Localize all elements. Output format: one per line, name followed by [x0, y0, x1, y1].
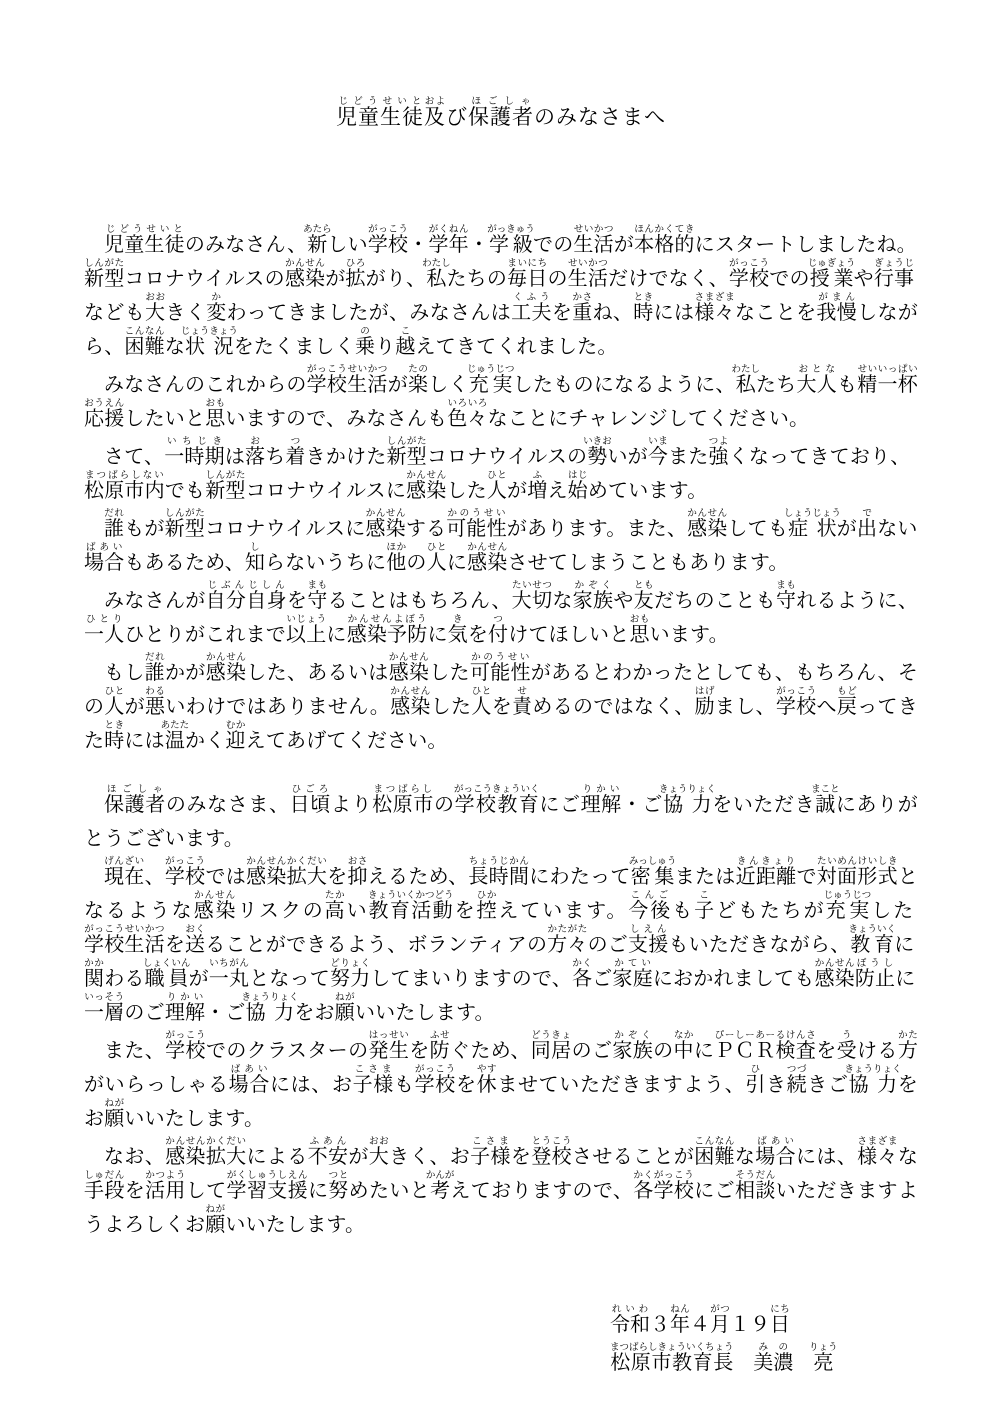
date-line: 令和れいわ３年ねん４月がつ１９日にち	[610, 1304, 1002, 1342]
signer-line: 松原市教育長まつばらしきょういくちょう 美み濃の 亮りょう	[610, 1342, 1002, 1380]
body-paragraph: みなさんが自分自身じぶんじしんを守まもることはもちろん、大切たいせつな家族かぞく…	[84, 580, 918, 652]
document-body: 児童生徒じどうせいとのみなさん、新あたらしい学校がっこう・学年がくねん・学級がっ…	[0, 224, 1002, 1242]
body-paragraph: 現在げんざい、学校がっこうでは感染拡大かんせんかくだいを抑おさえるため、長時間ち…	[84, 856, 918, 1030]
body-paragraph: もし誰だれかが感染かんせんした、あるいは感染かんせんした可能性かのうせいがあると…	[84, 652, 918, 758]
body-paragraph: 保護者ほごしゃのみなさま、日頃ひごろより松原市まつばらしの学校教育がっこうきょう…	[84, 784, 918, 856]
body-paragraph: さて、一時期いちじきは落おち着つきかけた新型しんがたコロナウイルスの勢いきおいが…	[84, 436, 918, 508]
document-title: 児童生徒じどうせいと及および保護者ほごしゃのみなさまへ	[0, 0, 1002, 136]
body-paragraph: 児童生徒じどうせいとのみなさん、新あたらしい学校がっこう・学年がくねん・学級がっ…	[84, 224, 918, 364]
body-paragraph: また、学校がっこうでのクラスターの発生はっせいを防ふせぐため、同居どうきょのご家…	[84, 1030, 918, 1136]
body-paragraph: みなさんのこれからの学校生活がっこうせいかつが楽たのしく充実じゅうじつしたものに…	[84, 364, 918, 436]
document-page: 児童生徒じどうせいと及および保護者ほごしゃのみなさまへ 児童生徒じどうせいとのみ…	[0, 0, 1002, 1425]
body-paragraph: 誰だれもが新型しんがたコロナウイルスに感染かんせんする可能性かのうせいがあります…	[84, 508, 918, 580]
body-paragraph: なお、感染拡大かんせんかくだいによる不安ふあんが大おおきく、お子様こさまを登校と…	[84, 1136, 918, 1242]
signature-block: 令和れいわ３年ねん４月がつ１９日にち 松原市教育長まつばらしきょういくちょう 美…	[610, 1304, 1002, 1380]
